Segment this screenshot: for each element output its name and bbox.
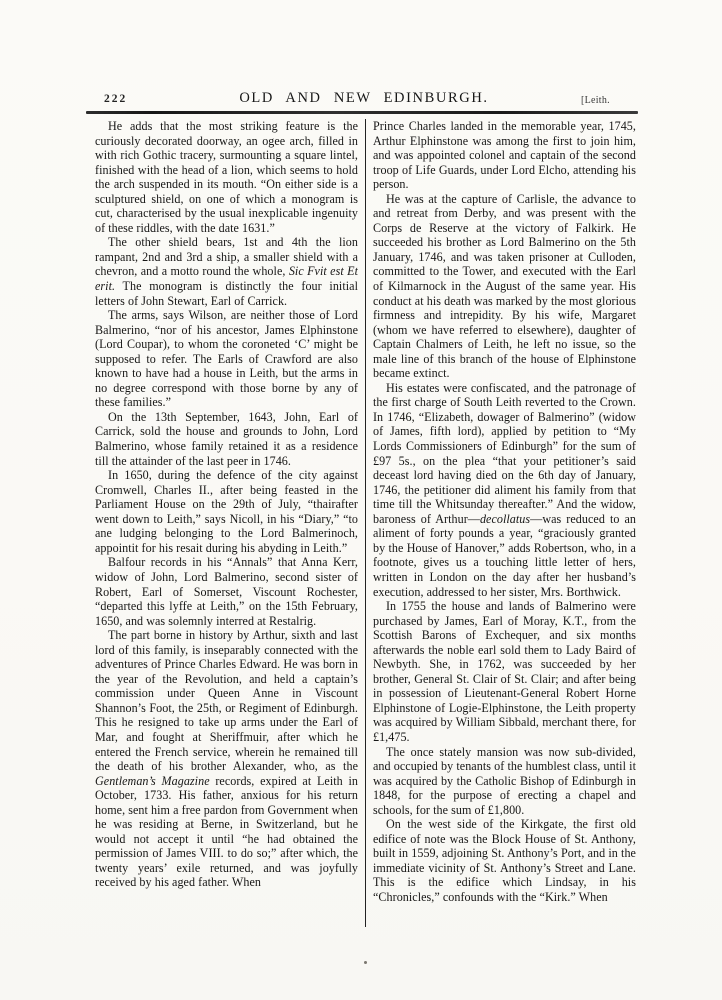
text-columns: He adds that the most striking feature i…	[95, 119, 637, 931]
paragraph: Prince Charles landed in the memorable y…	[373, 119, 636, 192]
paragraph: The part borne in history by Arthur, six…	[95, 628, 358, 890]
paragraph: On the 13th September, 1643, John, Earl …	[95, 410, 358, 468]
left-column: He adds that the most striking feature i…	[95, 119, 358, 931]
paragraph: His estates were confiscated, and the pa…	[373, 381, 636, 599]
paragraph: The other shield bears, 1st and 4th the …	[95, 235, 358, 308]
column-divider	[365, 119, 366, 927]
paragraph: In 1650, during the defence of the city …	[95, 468, 358, 555]
paragraph: In 1755 the house and lands of Balmerino…	[373, 599, 636, 744]
paragraph: He adds that the most striking feature i…	[95, 119, 358, 235]
page-header: 222 OLD AND NEW EDINBURGH. [Leith.	[90, 90, 638, 108]
paragraph: The arms, says Wilson, are neither those…	[95, 308, 358, 410]
right-column: Prince Charles landed in the memorable y…	[373, 119, 636, 931]
paragraph: The once stately mansion was now sub-div…	[373, 745, 636, 818]
book-page: 222 OLD AND NEW EDINBURGH. [Leith. He ad…	[0, 0, 722, 1000]
scan-speck	[364, 961, 367, 964]
paragraph: On the west side of the Kirkgate, the fi…	[373, 817, 636, 904]
paragraph: He was at the capture of Carlisle, the a…	[373, 192, 636, 381]
running-head: [Leith.	[581, 95, 610, 106]
page-title: OLD AND NEW EDINBURGH.	[90, 90, 638, 107]
header-rule	[86, 111, 638, 114]
paragraph: Balfour records in his “Annals” that Ann…	[95, 555, 358, 628]
